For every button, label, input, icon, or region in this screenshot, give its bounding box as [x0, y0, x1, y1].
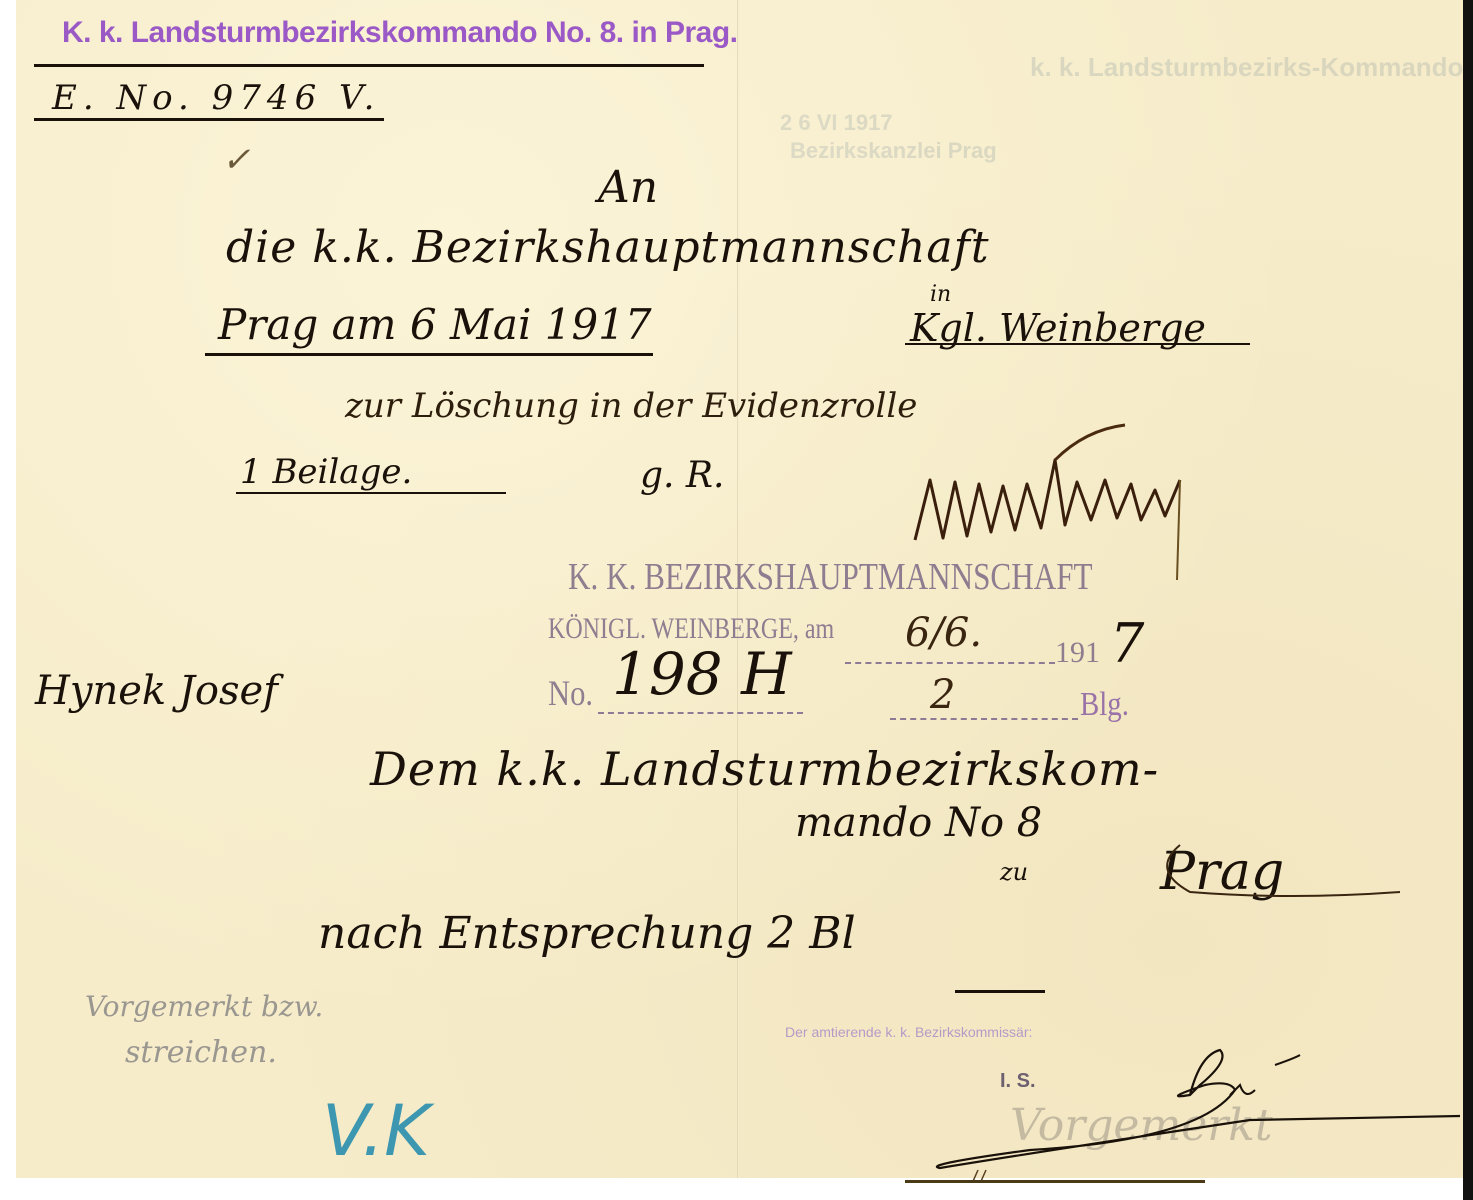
scan-edge-border	[1463, 0, 1473, 1200]
commissioner-signature	[900, 1030, 1460, 1180]
in-label: in	[930, 282, 951, 307]
pencil-note-line2: streichen.	[125, 1035, 277, 1070]
receipt-number-label: No.	[548, 672, 593, 714]
receipt-enclosures-dotted-line	[890, 718, 1078, 720]
recipient-line: die k.k. Bezirkshauptmannschaft	[226, 222, 990, 273]
header-rule	[34, 64, 704, 67]
signature-underline	[905, 1180, 1205, 1183]
reference-number: E. No. 9746 V.	[52, 78, 380, 118]
reply-name: Hynek Josef	[35, 668, 278, 714]
pencil-note-line1: Vorgemerkt bzw.	[85, 990, 323, 1023]
receipt-stamp-line1: K. K. BEZIRKSHAUPTMANNSCHAFT	[568, 555, 1093, 599]
initials-gr: g. R.	[640, 455, 724, 496]
blue-initials: V.K	[322, 1090, 430, 1172]
reply-line2: mando No 8	[795, 800, 1042, 846]
request-text: zur Löschung in der Evidenzrolle	[345, 386, 917, 426]
bleed-through-line-1: k. k. Landsturmbezirks-Kommando	[1030, 52, 1463, 83]
enclosure-underline	[236, 492, 506, 494]
reply-line4-underline	[955, 990, 1045, 993]
origin-date-underline	[205, 353, 653, 356]
receipt-year-handwritten: 7	[1110, 612, 1144, 675]
reply-line3-prefix: zu	[1000, 858, 1028, 886]
receipt-date-dotted-line	[845, 662, 1055, 664]
receipt-date-handwritten: 6/6.	[905, 610, 982, 656]
reference-underline	[34, 118, 384, 121]
check-mark: ✓	[222, 140, 251, 180]
salutation: An	[598, 162, 658, 213]
receipt-enclosures-handwritten: 2	[930, 672, 955, 718]
destination-underline	[905, 343, 1250, 345]
prag-flourish	[1150, 840, 1410, 900]
receipt-enclosures-label: Blg.	[1080, 686, 1129, 724]
header-stamp: K. k. Landsturmbezirkskommando No. 8. in…	[62, 16, 737, 50]
reply-line4: nach Entsprechung 2 Bl	[318, 908, 856, 959]
scan-bottom-margin	[0, 1178, 1463, 1200]
bleed-through-line-2: 2 6 VI 1917	[780, 110, 893, 136]
origin-date: Prag am 6 Mai 1917	[218, 300, 652, 349]
reply-line1: Dem k.k. Landsturmbezirkskom-	[370, 742, 1159, 796]
receipt-year-printed: 191	[1055, 636, 1100, 670]
receipt-number-dotted-line	[598, 712, 803, 714]
enclosure-count: 1 Beilage.	[240, 452, 412, 492]
receipt-number-handwritten: 198 H	[612, 640, 792, 708]
bleed-through-line-3: Bezirkskanzlei Prag	[790, 138, 997, 164]
